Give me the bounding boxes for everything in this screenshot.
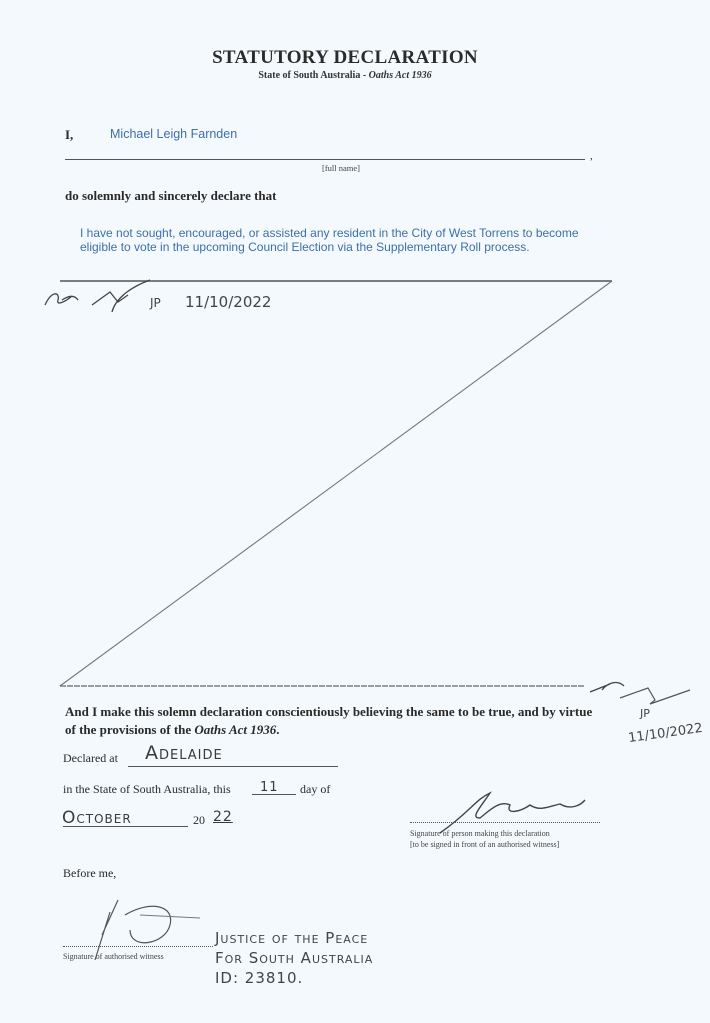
declared-at-underline [128,766,338,767]
month-field[interactable]: October [62,808,132,828]
declarant-signature-line[interactable] [410,822,600,823]
day-field[interactable]: 11 [260,780,279,795]
month-underline [63,826,188,827]
closing-statement: And I make this solemn declaration consc… [65,703,605,739]
initials-top-jp-label: JP [150,296,161,310]
state-label: in the State of South Australia, this [63,782,231,797]
before-me-label: Before me, [63,866,116,881]
declared-at-label: Declared at [63,751,118,766]
witness-title-line2: For South Australia [215,948,373,968]
witness-signature-line[interactable] [63,946,213,947]
declarant-signature-caption: Signature of person making this declarat… [410,828,559,850]
closing-act: Oaths Act 1936 [194,722,276,737]
year-prefix: 20 [193,813,205,828]
witness-signature-caption: Signature of authorised witness [63,952,164,961]
witness-id-line: ID: 23810. [215,968,373,988]
year-field[interactable]: 22 [213,809,233,825]
day-of-label: day of [300,782,330,797]
declarant-caption-line1: Signature of person making this declarat… [410,828,559,839]
closing-text: And I make this solemn declaration consc… [65,704,592,737]
declared-at-field[interactable]: Adelaide [145,742,223,764]
declarant-caption-line2: [to be signed in front of an authorised … [410,839,559,850]
witness-title-line1: Justice of the Peace [215,928,373,948]
witness-jp-details: Justice of the Peace For South Australia… [215,928,373,988]
initials-side-jp-label: JP [640,707,650,720]
initials-top-date: 11/10/2022 [185,293,271,311]
closing-end: . [276,722,279,737]
